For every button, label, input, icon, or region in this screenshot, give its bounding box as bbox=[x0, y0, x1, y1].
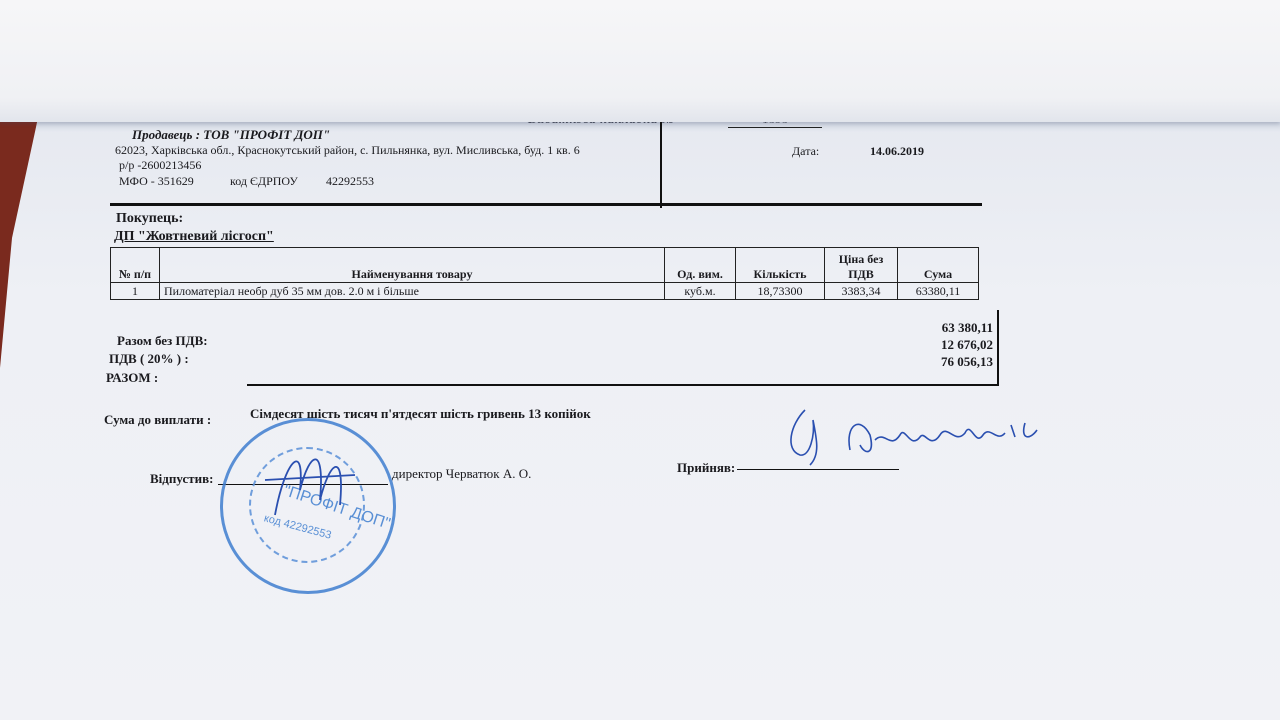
items-table: № п/п Найменування товару Од. вим. Кільк… bbox=[110, 247, 979, 300]
received-label: Прийняв: bbox=[677, 460, 735, 476]
subtotal-value: 63 380,11 bbox=[941, 319, 993, 336]
overlapping-page bbox=[0, 0, 1280, 122]
cell-name: Пиломатеріал необр дуб 35 мм дов. 2.0 м … bbox=[160, 283, 665, 300]
col-price: Ціна без ПДВ bbox=[825, 248, 898, 283]
col-num: № п/п bbox=[111, 248, 160, 283]
total-value: 76 056,13 bbox=[941, 353, 993, 370]
col-sum: Сума bbox=[898, 248, 979, 283]
total-label: РАЗОМ : bbox=[106, 370, 158, 386]
totals-box: 63 380,11 12 676,02 76 056,13 bbox=[247, 310, 999, 386]
buyer-label: Покупець: bbox=[116, 211, 183, 227]
payment-label: Сума до виплати : bbox=[104, 412, 211, 428]
cell-qty: 18,73300 bbox=[736, 283, 825, 300]
cell-price: 3383,34 bbox=[825, 283, 898, 300]
cell-sum: 63380,11 bbox=[898, 283, 979, 300]
released-signature bbox=[255, 420, 365, 530]
header-rule bbox=[110, 203, 982, 206]
released-by: директор Черватюк А. О. bbox=[392, 466, 531, 482]
col-name: Найменування товару bbox=[160, 248, 665, 283]
seller-label: Продавець : ТОВ "ПРОФІТ ДОП" bbox=[132, 127, 330, 143]
col-qty: Кількість bbox=[736, 248, 825, 283]
seller-mfo: МФО - 351629 bbox=[119, 174, 194, 189]
vat-label: ПДВ ( 20% ) : bbox=[109, 351, 189, 367]
seller-edrpou: 42292553 bbox=[326, 174, 374, 189]
header-divider bbox=[660, 122, 662, 208]
seller-edrpou-label: код ЄДРПОУ bbox=[230, 174, 298, 189]
cell-num: 1 bbox=[111, 283, 160, 300]
seller-account: р/р -2600213456 bbox=[119, 158, 201, 173]
released-label: Відпустив: bbox=[150, 471, 213, 487]
buyer-name: ДП "Жовтневий лісгосп" bbox=[114, 229, 274, 245]
col-unit: Од. вим. bbox=[665, 248, 736, 283]
date-label: Дата: bbox=[792, 144, 819, 159]
seller-address: 62023, Харківська обл., Краснокутський р… bbox=[115, 143, 580, 158]
cell-unit: куб.м. bbox=[665, 283, 736, 300]
table-header-row: № п/п Найменування товару Од. вим. Кільк… bbox=[111, 248, 979, 283]
table-row: 1 Пиломатеріал необр дуб 35 мм дов. 2.0 … bbox=[111, 283, 979, 300]
received-signature bbox=[775, 395, 1045, 470]
subtotal-label: Разом без ПДВ: bbox=[117, 333, 208, 349]
date-value: 14.06.2019 bbox=[870, 144, 924, 159]
vat-value: 12 676,02 bbox=[941, 336, 993, 353]
